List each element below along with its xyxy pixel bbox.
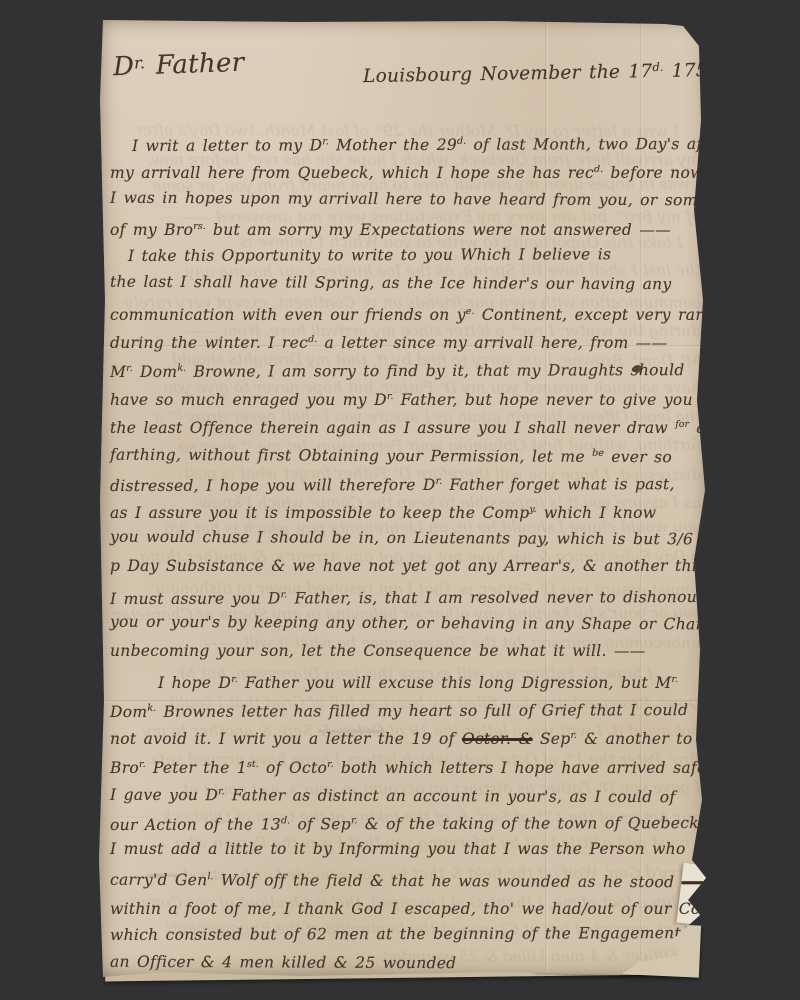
manuscript-line: I gave you Dr. Father as distinct an acc… (110, 778, 702, 809)
manuscript-line: p Day Subsistance & we have not yet got … (110, 552, 702, 580)
manuscript-line: you or your's by keeping any other, or b… (110, 608, 702, 639)
manuscript-line: communication with even our friends on y… (110, 298, 702, 326)
manuscript-line: Bror. Peter the 1st. of Octor. both whic… (110, 751, 702, 779)
letter-body: I writ a letter to my Dr. Mother the 29d… (110, 128, 702, 977)
scan-background: I writ a letter to my Dr. Mother the 29d… (0, 0, 800, 1000)
salutation: Dr. Father (113, 48, 245, 83)
manuscript-line: you would chuse I should be in, on Lieut… (110, 523, 702, 554)
manuscript-line: the last I shall have till Spring, as th… (110, 268, 702, 299)
manuscript-line: not avoid it. I writ you a letter the 19… (110, 722, 702, 750)
manuscript-line: during the winter. I recd. a letter sinc… (110, 326, 702, 354)
manuscript-line: I must add a little to it by Informing y… (110, 835, 702, 863)
manuscript-line: our Action of the 13d. of Sepr. & of the… (110, 806, 702, 836)
manuscript-line: Domk. Brownes letter has filled my heart… (110, 693, 702, 723)
dateline: Louisbourg November the 17d. 1759 (363, 59, 720, 87)
manuscript-line: Mr. Domk. Browne, I am sorry to find by … (110, 353, 702, 383)
manuscript-line: I must assure you Dr. Father, is, that I… (110, 580, 702, 610)
letter-page: I writ a letter to my Dr. Mother the 29d… (97, 18, 709, 980)
manuscript-line: farthing, without first Obtaining your P… (110, 438, 702, 469)
manuscript-line: I take this Opportunity to write to you … (110, 240, 702, 270)
manuscript-line: which consisted but of 62 men at the beg… (110, 919, 702, 949)
manuscript-line: unbecoming your son, let the Consequence… (110, 637, 702, 665)
manuscript-line: carry'd Genl. Wolf off the field & that … (110, 862, 702, 893)
manuscript-line: I was in hopes upon my arrivall here to … (110, 183, 702, 214)
manuscript-line: I writ a letter to my Dr. Mother the 29d… (110, 127, 702, 157)
manuscript-line: as I assure you it is impossible to keep… (110, 496, 702, 524)
manuscript-line: of my Brors. but am sorry my Expectation… (110, 213, 702, 241)
manuscript-line: distressed, I hope you will therefore Dr… (110, 467, 702, 497)
manuscript-line: the least Offence therein again as I ass… (110, 411, 702, 439)
manuscript-line: have so much enraged you my Dr. Father, … (110, 383, 702, 411)
paper-texture: I writ a letter to my Dr. Mother the 29d… (97, 18, 709, 980)
manuscript-line: within a foot of me, I thank God I escap… (110, 892, 702, 920)
manuscript-line: I hope Dr. Father you will excuse this l… (110, 666, 702, 694)
manuscript-line: my arrivall here from Quebeck, which I h… (110, 156, 702, 184)
